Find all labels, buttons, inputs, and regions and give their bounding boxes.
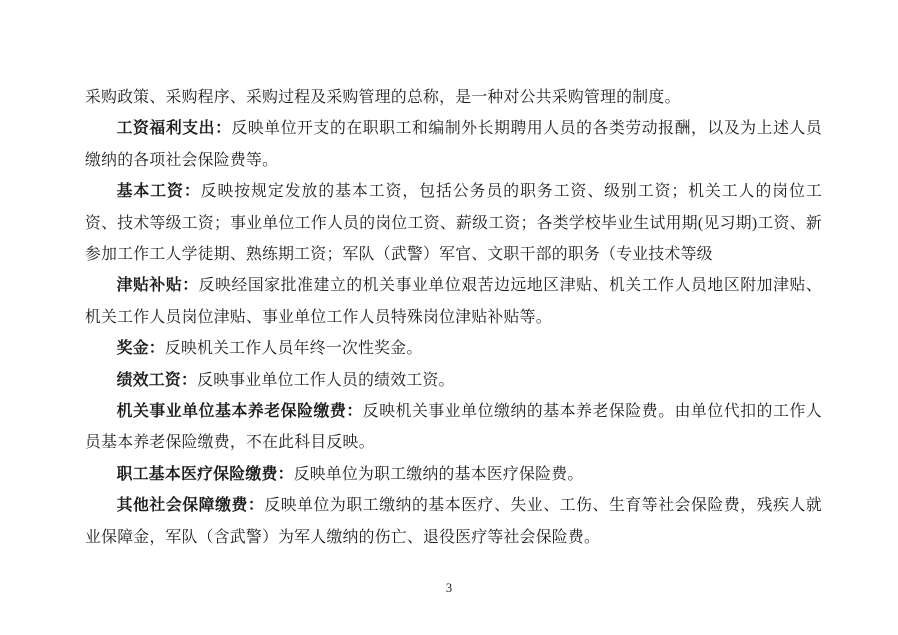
term-label: 其他社会保障缴费： — [117, 497, 265, 514]
term-label: 津贴补贴： — [117, 277, 199, 294]
term-label: 机关事业单位基本养老保险缴费： — [117, 403, 363, 420]
term-label: 职工基本医疗保险缴费： — [117, 466, 294, 483]
paragraph: 工资福利支出：反映单位开支的在职职工和编制外长期聘用人员的各类劳动报酬，以及为上… — [85, 113, 822, 176]
paragraph-text: 反映单位为职工缴纳的基本医疗保险费。 — [294, 466, 584, 483]
paragraph: 其他社会保障缴费：反映单位为职工缴纳的基本医疗、失业、工伤、生育等社会保险费，残… — [85, 490, 822, 553]
document-body: 采购政策、采购程序、采购过程及采购管理的总称，是一种对公共采购管理的制度。 工资… — [85, 82, 822, 553]
paragraph: 采购政策、采购程序、采购过程及采购管理的总称，是一种对公共采购管理的制度。 — [85, 82, 822, 113]
paragraph: 绩效工资：反映事业单位工作人员的绩效工资。 — [85, 365, 822, 396]
document-page: 采购政策、采购程序、采购过程及采购管理的总称，是一种对公共采购管理的制度。 工资… — [0, 0, 898, 635]
term-label: 奖金： — [117, 340, 165, 357]
paragraph: 奖金：反映机关工作人员年终一次性奖金。 — [85, 333, 822, 364]
term-label: 基本工资： — [117, 183, 201, 200]
paragraph: 职工基本医疗保险缴费：反映单位为职工缴纳的基本医疗保险费。 — [85, 459, 822, 490]
paragraph-text: 反映机关工作人员年终一次性奖金。 — [165, 340, 423, 357]
paragraph: 机关事业单位基本养老保险缴费：反映机关事业单位缴纳的基本养老保险费。由单位代扣的… — [85, 396, 822, 459]
paragraph-text: 采购政策、采购程序、采购过程及采购管理的总称，是一种对公共采购管理的制度。 — [85, 89, 681, 106]
term-label: 绩效工资： — [117, 372, 198, 389]
paragraph: 基本工资：反映按规定发放的基本工资，包括公务员的职务工资、级别工资；机关工人的岗… — [85, 176, 822, 270]
page-number: 3 — [0, 581, 898, 596]
paragraph: 津贴补贴：反映经国家批准建立的机关事业单位艰苦边远地区津贴、机关工作人员地区附加… — [85, 270, 822, 333]
paragraph-text: 反映事业单位工作人员的绩效工资。 — [197, 372, 455, 389]
term-label: 工资福利支出： — [117, 120, 232, 137]
